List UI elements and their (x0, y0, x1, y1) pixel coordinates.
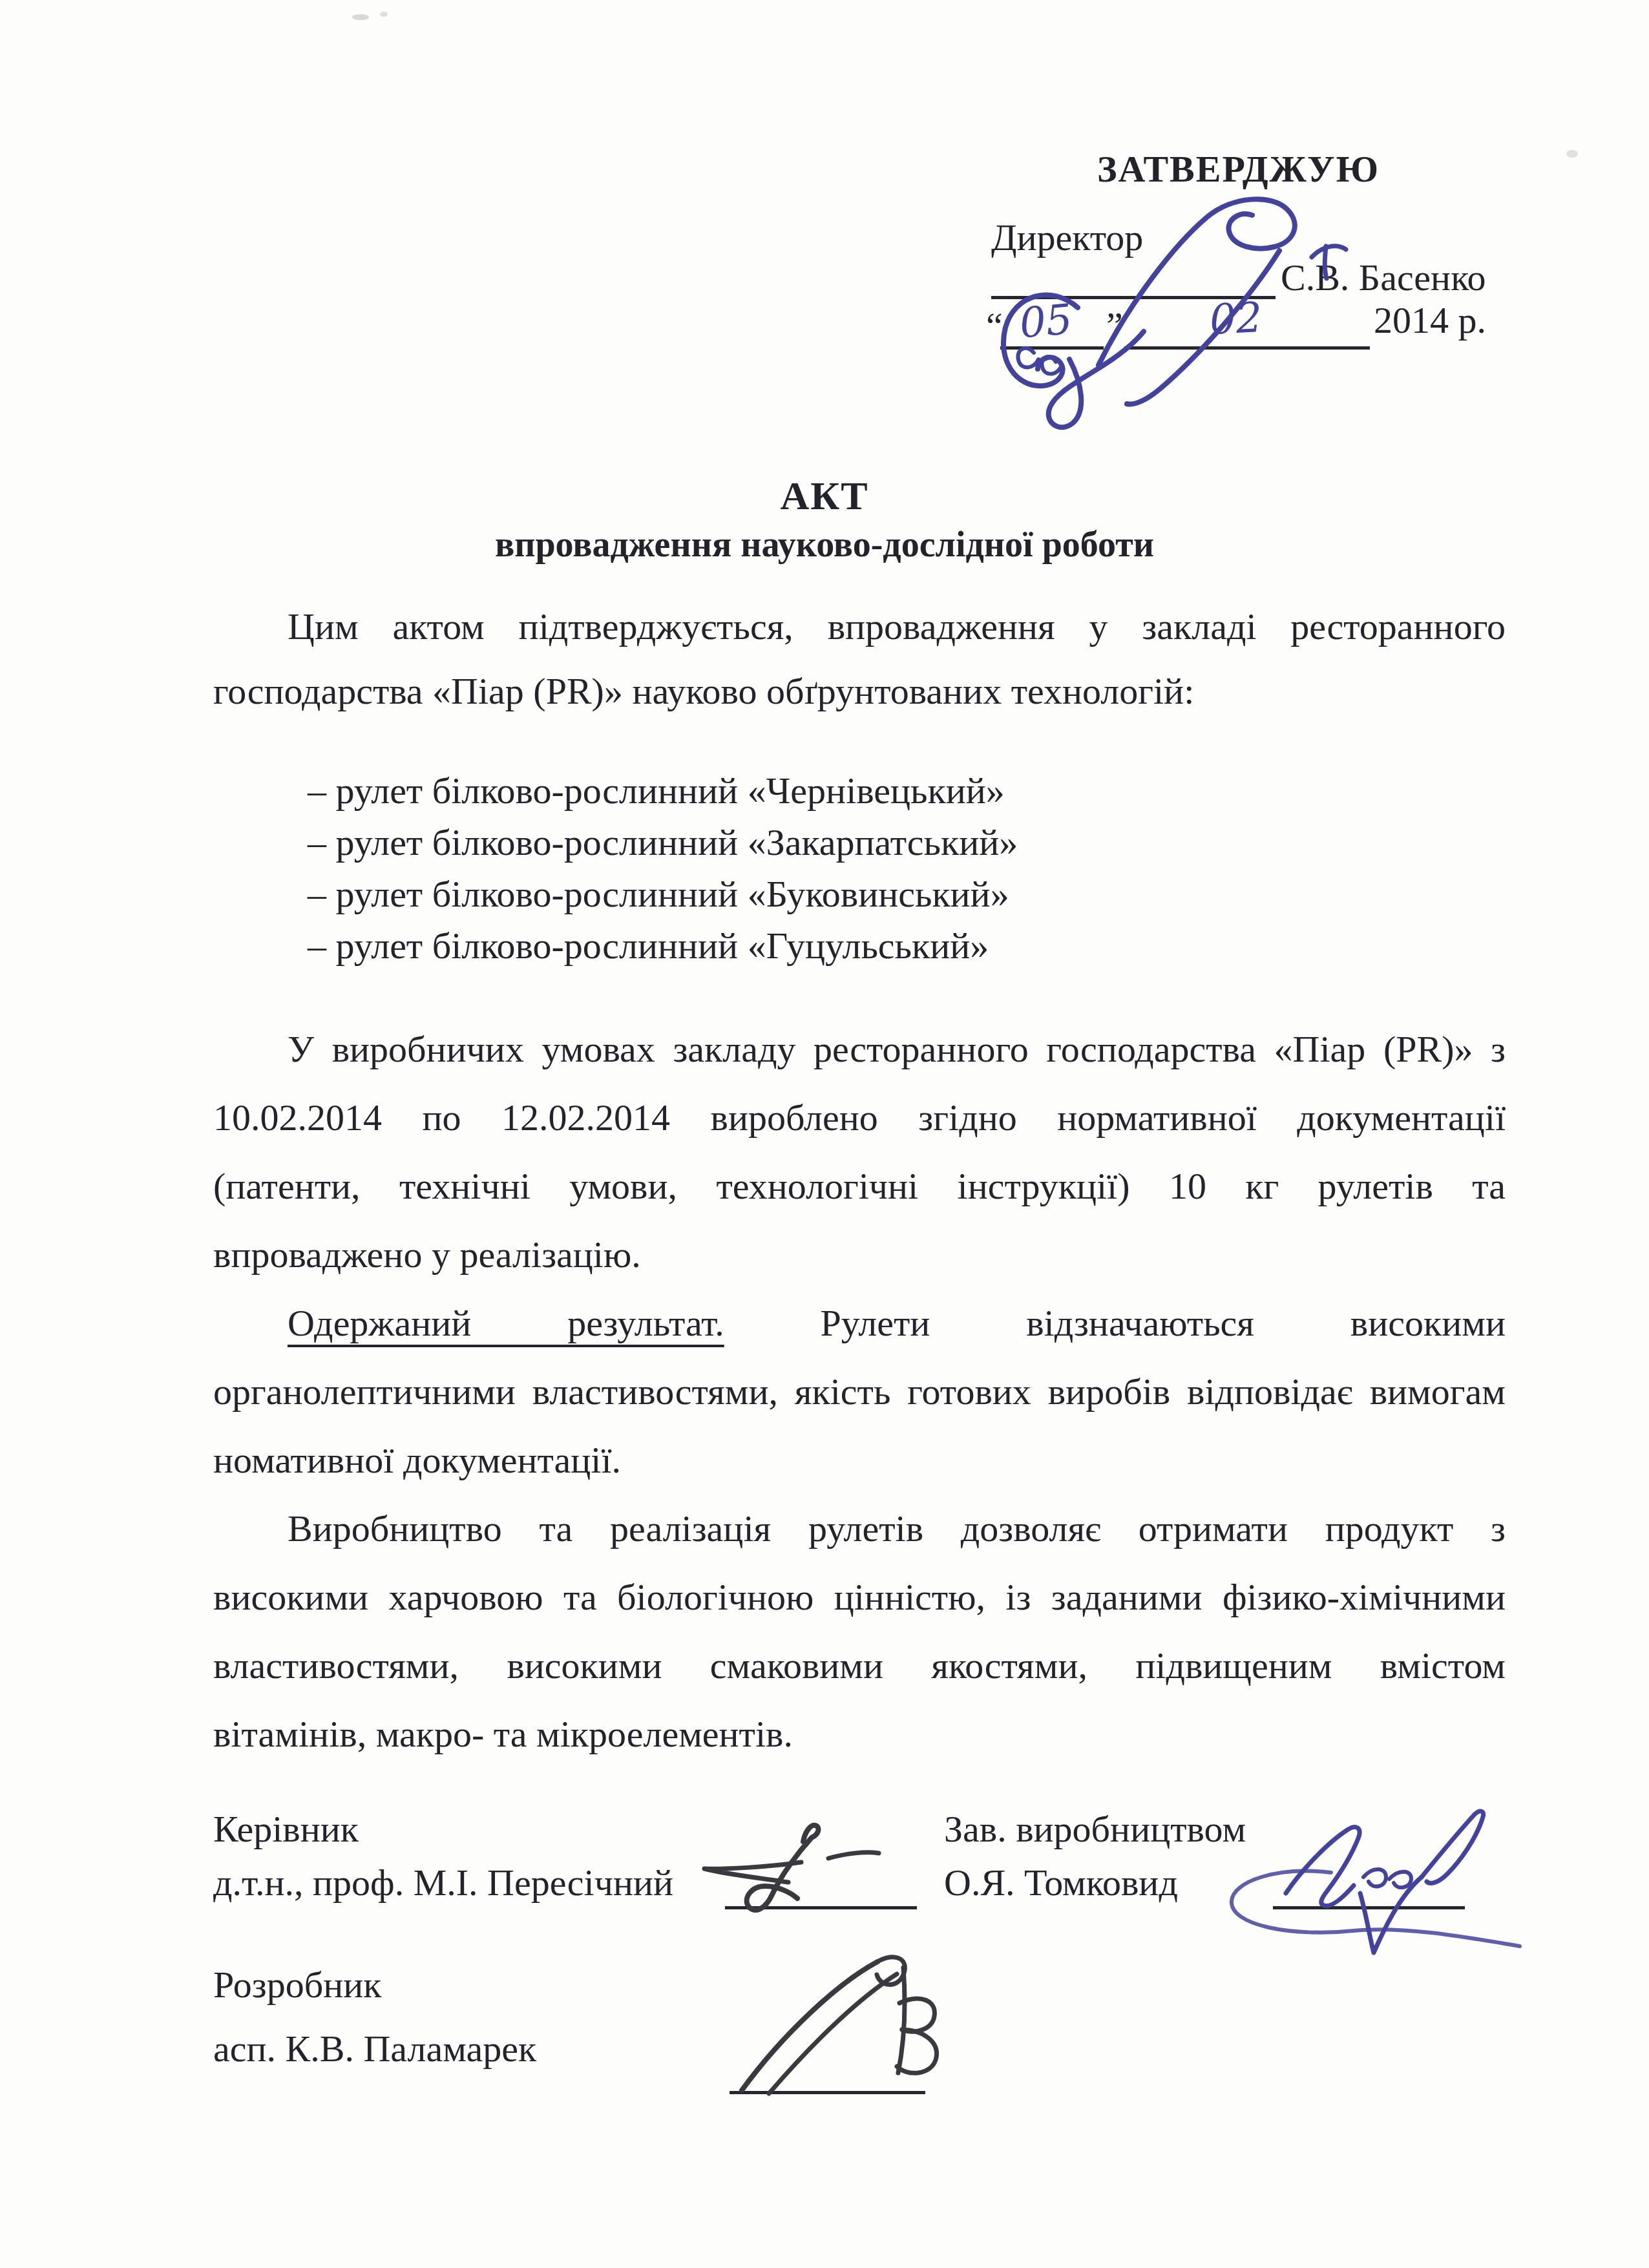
developer-role: Розробник (213, 1964, 382, 2007)
leader-name: д.т.н., проф. М.І. Пересічний (213, 1862, 673, 1905)
paragraph-line: високими харчовою та біологічною цінніст… (213, 1563, 1506, 1632)
paragraph-line: властивостями, високими смаковими якостя… (213, 1632, 1506, 1700)
production-head-signature (1221, 1790, 1531, 1977)
paragraph-line: впроваджено у реалізацію. (213, 1221, 1506, 1289)
paragraph-line: вітамінів, макро- та мікроелементів. (213, 1700, 1506, 1769)
leader-signature-line (725, 1906, 917, 1909)
production-head-role: Зав. виробництвом (944, 1808, 1246, 1851)
paragraph-production: У виробничих умовах закладу ресторанного… (213, 1015, 1506, 1769)
paragraph-line: У виробничих умовах закладу ресторанного… (213, 1015, 1506, 1084)
handwritten-day: 05 (1018, 299, 1074, 345)
date-month-line (1124, 346, 1370, 350)
date-open-quote: “ (986, 305, 1003, 346)
document-title: АКТ впровадження науково-дослідної робот… (0, 468, 1649, 565)
developer-signature (698, 1948, 956, 2106)
director-label: Директор (991, 217, 1143, 258)
approve-heading: ЗАТВЕРДЖУЮ (1097, 149, 1380, 190)
handwritten-month: 02 (1208, 297, 1263, 341)
title-main: АКТ (0, 468, 1649, 525)
paragraph-line: органолептичними властивостями, якість г… (213, 1358, 1506, 1426)
result-rest-text: Рулети відзначаються високими (821, 1302, 1506, 1344)
paragraph-line: господарства «Піар (PR)» науково обґрунт… (213, 659, 1506, 724)
title-subtitle: впровадження науково-дослідної роботи (0, 525, 1649, 565)
director-name: С.В. Басенко (1281, 257, 1486, 299)
list-item: – рулет білково-рослинний «Буковинський» (308, 868, 1506, 920)
result-underlined-text: Одержаний результат. (288, 1302, 724, 1344)
list-item: – рулет білково-рослинний «Закарпатський… (308, 817, 1506, 868)
developer-signature-line (730, 2091, 925, 2094)
date-day-line (1000, 346, 1104, 350)
document-body: Цим актом підтверджується, впровадження … (213, 594, 1506, 1769)
paragraph-line: номативної документації. (213, 1426, 1506, 1495)
list-item: – рулет білково-рослинний «Чернівецький» (308, 765, 1506, 817)
production-head-name: О.Я. Томковид (944, 1862, 1178, 1905)
paragraph-line: Цим актом підтверджується, впровадження … (213, 594, 1506, 659)
result-line: Одержаний результат. Рулети відзначаютьс… (213, 1289, 1506, 1358)
paragraph-line: (патенти, технічні умови, технологічні і… (213, 1152, 1506, 1221)
scan-speck (1566, 150, 1578, 158)
production-head-signature-line (1273, 1906, 1465, 1909)
scan-speck (380, 12, 388, 17)
developer-name: асп. К.В. Паламарек (213, 2028, 536, 2071)
paragraph-line: Виробництво та реалізація рулетів дозвол… (213, 1495, 1506, 1563)
date-close-quote: ” (1106, 305, 1123, 346)
list-item: – рулет білково-рослинний «Гуцульський» (308, 920, 1506, 972)
scanned-document-page: ЗАТВЕРДЖУЮ Директор С.В. Басенко “ ” 201… (0, 0, 1649, 2268)
paragraph-intro: Цим актом підтверджується, впровадження … (213, 594, 1506, 724)
leader-role: Керівник (213, 1808, 359, 1851)
scan-speck (352, 14, 369, 20)
date-year: 2014 р. (1374, 300, 1486, 341)
paragraph-line: 10.02.2014 по 12.02.2014 вироблено згідн… (213, 1084, 1506, 1152)
technology-list: – рулет білково-рослинний «Чернівецький»… (308, 765, 1506, 972)
